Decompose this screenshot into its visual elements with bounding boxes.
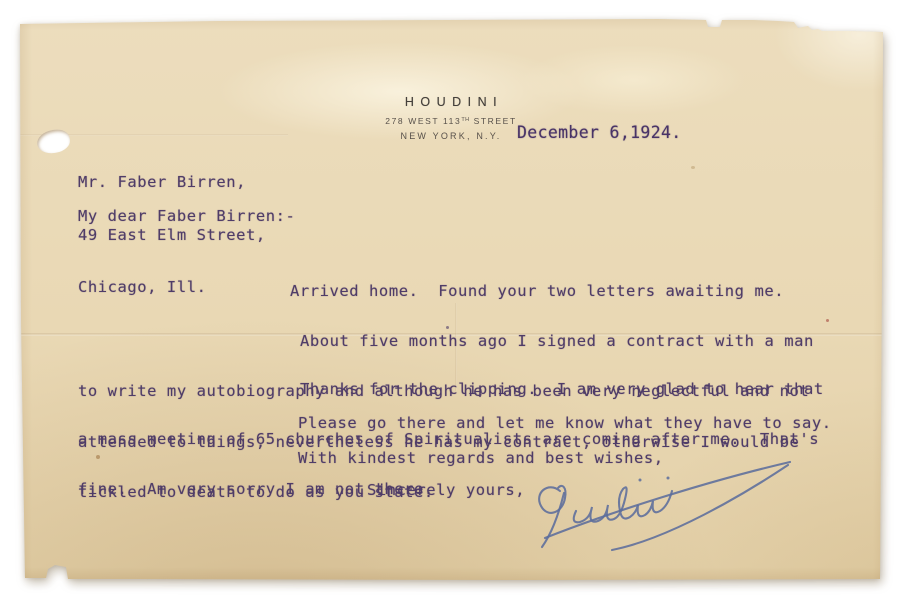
foxing-spot — [691, 166, 695, 169]
signature-oudini — [574, 487, 672, 522]
recipient-street: 49 East Elm Street, — [78, 227, 266, 245]
date-line: December 6,1924. — [517, 125, 682, 142]
letterhead-name: HOUDINI — [351, 95, 551, 109]
body-line: Arrived home. Found your two letters awa… — [78, 283, 814, 300]
houdini-signature — [518, 443, 818, 558]
body-line: Thanks for the clipping. I am very glad … — [78, 381, 824, 398]
salutation: My dear Faber Birren:- — [78, 208, 295, 225]
street-word: STREET — [470, 116, 517, 126]
body-paragraph-3: Please go there and let me know what the… — [298, 415, 832, 432]
foxing-spot — [826, 319, 829, 322]
closing-line: Sincerely yours, — [367, 482, 525, 499]
letter-scan: HOUDINI 278 WEST 113TH STREET NEW YORK, … — [0, 0, 904, 599]
street-ordinal: TH — [461, 117, 469, 123]
signature-i-dot — [639, 479, 642, 482]
punch-hole — [36, 128, 72, 155]
street-number: 278 WEST 113 — [385, 116, 461, 126]
recipient-name: Mr. Faber Birren, — [78, 174, 266, 192]
signature-i-dot — [667, 477, 670, 480]
letter-paper: HOUDINI 278 WEST 113TH STREET NEW YORK, … — [18, 18, 885, 581]
signature-flourish-upper — [545, 462, 790, 538]
